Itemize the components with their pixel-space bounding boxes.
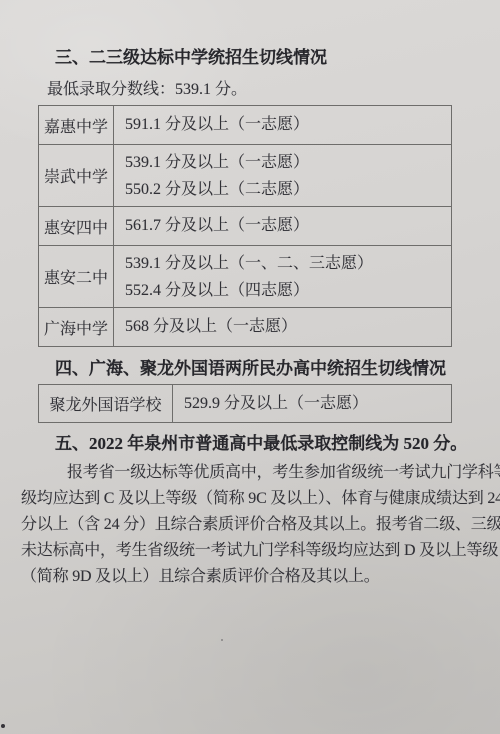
school-name-cell: 嘉惠中学 [39,106,114,145]
score-line: 561.7 分及以上（一志愿） [125,216,447,236]
school-name-cell: 崇武中学 [39,145,114,207]
score-line: 529.9 分及以上（一志愿） [184,390,447,417]
ink-speck [221,639,223,641]
score-line: 539.1 分及以上（一、二、三志愿） [125,250,447,277]
score-cell: 591.1 分及以上（一志愿） [114,106,452,145]
section5-paragraph: 报考省一级达标等优质高中，考生参加省级统一考试九门学科等 级均应达到 C 及以上… [21,460,500,590]
paragraph-line: （简称 9D 及以上）且综合素质评价合格及其以上。 [21,564,500,590]
table-row: 广海中学 568 分及以上（一志愿） [39,308,452,347]
section4-heading: 四、广海、聚龙外国语两所民办高中统招生切线情况 [55,359,500,379]
score-cell: 539.1 分及以上（一、二、三志愿） 552.4 分及以上（四志愿） [114,246,452,308]
paragraph-line: 报考省一级达标等优质高中，考生参加省级统一考试九门学科等 [21,460,500,486]
paragraph-line: 分以上（含 24 分）且综合素质评价合格及其以上。报考省二级、三级、 [21,512,500,538]
score-line: 568 分及以上（一志愿） [125,317,447,337]
paragraph-line: 级均应达到 C 及以上等级（简称 9C 及以上）、体育与健康成绩达到 24 [21,486,500,512]
score-cell: 529.9 分及以上（一志愿） [173,385,452,423]
section5-heading: 五、2022 年泉州市普通高中最低录取控制线为 520 分。 [55,434,500,454]
photographed-document-page: 三、二三级达标中学统招生切线情况 最低录取分数线：539.1 分。 嘉惠中学 5… [0,0,500,734]
section3-min-score-line: 最低录取分数线：539.1 分。 [47,80,500,100]
score-cell: 568 分及以上（一志愿） [114,308,452,347]
section3-heading: 三、二三级达标中学统招生切线情况 [55,0,500,68]
table-row: 惠安四中 561.7 分及以上（一志愿） [39,207,452,246]
table-row: 聚龙外国语学校 529.9 分及以上（一志愿） [39,385,452,423]
section3-score-table: 嘉惠中学 591.1 分及以上（一志愿） 崇武中学 539.1 分及以上（一志愿… [38,105,452,347]
section3-table-body: 嘉惠中学 591.1 分及以上（一志愿） 崇武中学 539.1 分及以上（一志愿… [39,106,452,347]
table-row: 惠安二中 539.1 分及以上（一、二、三志愿） 552.4 分及以上（四志愿） [39,246,452,308]
school-name-cell: 聚龙外国语学校 [39,385,173,423]
school-name-cell: 广海中学 [39,308,114,347]
score-line: 550.2 分及以上（二志愿） [125,176,447,203]
score-cell: 561.7 分及以上（一志愿） [114,207,452,246]
table-row: 嘉惠中学 591.1 分及以上（一志愿） [39,106,452,145]
score-cell: 539.1 分及以上（一志愿） 550.2 分及以上（二志愿） [114,145,452,207]
score-line: 591.1 分及以上（一志愿） [125,115,447,135]
school-name-cell: 惠安四中 [39,207,114,246]
table-row: 崇武中学 539.1 分及以上（一志愿） 550.2 分及以上（二志愿） [39,145,452,207]
paragraph-line: 未达标高中，考生省级统一考试九门学科等级均应达到 D 及以上等级 [21,538,500,564]
section4-table-body: 聚龙外国语学校 529.9 分及以上（一志愿） [39,385,452,423]
score-line: 552.4 分及以上（四志愿） [125,277,447,304]
score-line: 539.1 分及以上（一志愿） [125,149,447,176]
section4-score-table: 聚龙外国语学校 529.9 分及以上（一志愿） [38,384,452,423]
school-name-cell: 惠安二中 [39,246,114,308]
ink-speck [1,724,5,728]
